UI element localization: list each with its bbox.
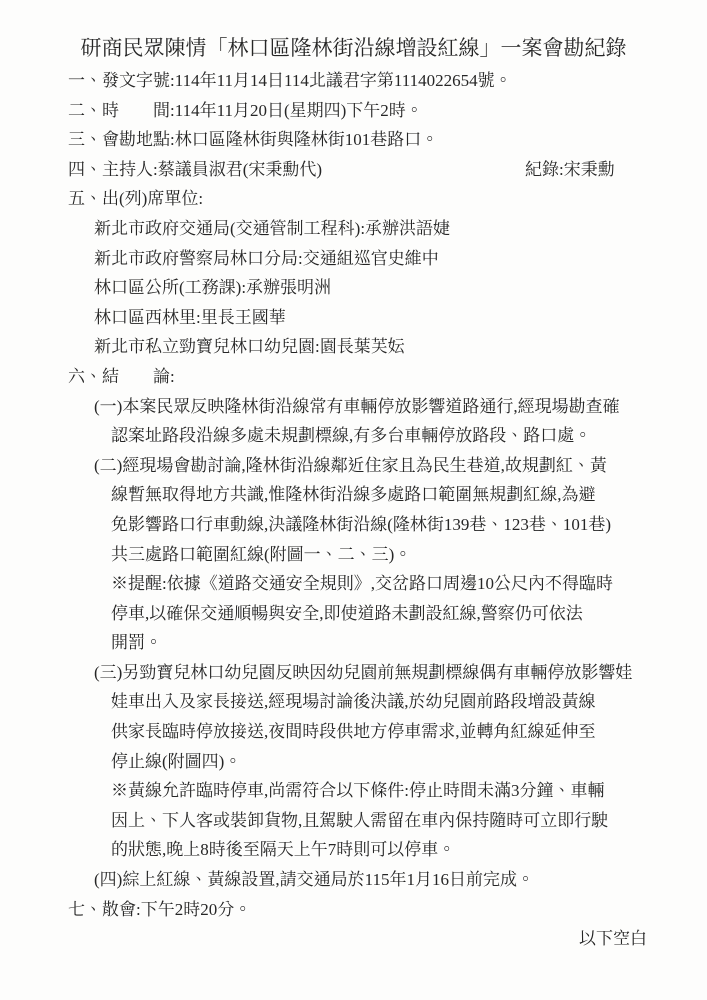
line-text: 娃車出入及家長接送,經現場討論後決議,於幼兒園前路段增設黃線	[111, 692, 596, 711]
document-line: 停車,以確保交通順暢與安全,即使道路未劃設紅線,警察仍可依法	[0, 599, 707, 629]
document-line: 新北市政府交通局(交通管制工程科):承辦洪語婕	[0, 214, 707, 244]
document-line: 二、時 間:114年11月20日(星期四)下午2時。	[0, 96, 707, 126]
document-line: 線暫無取得地方共識,惟隆林街沿線多處路口範圍無規劃紅線,為避	[0, 480, 707, 510]
line-text: 認案址路段沿線多處未規劃標線,有多台車輛停放路段、路口處。	[111, 426, 591, 445]
line-text: 四、主持人:蔡議員淑君(宋秉勳代)	[68, 160, 322, 179]
line-text: 七、散會:下午2時20分。	[68, 900, 251, 919]
document-line: 四、主持人:蔡議員淑君(宋秉勳代)紀錄:宋秉勳	[0, 155, 707, 185]
line-text: 供家長臨時停放接送,夜間時段供地方停車需求,並轉角紅線延伸至	[111, 722, 596, 741]
document-line: (一)本案民眾反映隆林街沿線常有車輛停放影響道路通行,經現場勘查確	[0, 392, 707, 422]
line-text: 新北市政府警察局林口分局:交通組巡官史維中	[94, 249, 439, 268]
document-line: 五、出(列)席單位:	[0, 184, 707, 214]
line-text: ※提醒:依據《道路交通安全規則》,交岔路口周邊10公尺內不得臨時	[111, 574, 613, 593]
document-line: 因上、下人客或裝卸貨物,且駕駛人需留在車內保持隨時可立即行駛	[0, 806, 707, 836]
line-text: 以下空白	[579, 929, 647, 948]
line-text: 免影響路口行車動線,決議隆林街沿線(隆林街139巷、123巷、101巷)	[111, 515, 611, 534]
line-text: 五、出(列)席單位:	[68, 189, 203, 208]
document-line: 以下空白	[0, 924, 707, 954]
document-line: 林口區西林里:里長王國華	[0, 303, 707, 333]
document-line: 娃車出入及家長接送,經現場討論後決議,於幼兒園前路段增設黃線	[0, 687, 707, 717]
line-text: 停止線(附圖四)。	[111, 752, 241, 771]
document-line: 林口區公所(工務課):承辦張明洲	[0, 273, 707, 303]
document-page: 研商民眾陳情「林口區隆林街沿線增設紅線」一案會勘紀錄 一、發文字號:114年11…	[0, 0, 707, 1000]
document-line: 的狀態,晚上8時後至隔天上午7時則可以停車。	[0, 835, 707, 865]
document-line: 停止線(附圖四)。	[0, 747, 707, 777]
document-line: 開罰。	[0, 628, 707, 658]
line-text: 停車,以確保交通順暢與安全,即使道路未劃設紅線,警察仍可依法	[111, 604, 583, 623]
line-text: 的狀態,晚上8時後至隔天上午7時則可以停車。	[111, 840, 455, 859]
document-lines: 一、發文字號:114年11月14日114北議君字第1114022654號。二、時…	[0, 66, 707, 954]
document-line: (二)經現場會勘討論,隆林街沿線鄰近住家且為民生巷道,故規劃紅、黃	[0, 451, 707, 481]
document-line: 新北市政府警察局林口分局:交通組巡官史維中	[0, 244, 707, 274]
document-line: 一、發文字號:114年11月14日114北議君字第1114022654號。	[0, 66, 707, 96]
line-text: (二)經現場會勘討論,隆林街沿線鄰近住家且為民生巷道,故規劃紅、黃	[94, 456, 607, 475]
document-line: ※黃線允許臨時停車,尚需符合以下條件:停止時間未滿3分鐘、車輛	[0, 776, 707, 806]
line-text: 新北市政府交通局(交通管制工程科):承辦洪語婕	[94, 219, 450, 238]
line-text: 開罰。	[111, 633, 162, 652]
document-line: 認案址路段沿線多處未規劃標線,有多台車輛停放路段、路口處。	[0, 421, 707, 451]
document-line: 共三處路口範圍紅線(附圖一、二、三)。	[0, 540, 707, 570]
line-text: 三、會勘地點:林口區隆林街與隆林街101巷路口。	[68, 130, 438, 149]
line-text: (三)另勁寶兒林口幼兒園反映因幼兒園前無規劃標線偶有車輛停放影響娃	[94, 663, 632, 682]
document-line: 免影響路口行車動線,決議隆林街沿線(隆林街139巷、123巷、101巷)	[0, 510, 707, 540]
document-line: 七、散會:下午2時20分。	[0, 895, 707, 925]
line-text: 因上、下人客或裝卸貨物,且駕駛人需留在車內保持隨時可立即行駛	[111, 811, 608, 830]
document-line: 六、結 論:	[0, 362, 707, 392]
document-title: 研商民眾陳情「林口區隆林街沿線增設紅線」一案會勘紀錄	[0, 33, 707, 63]
line-text: 線暫無取得地方共識,惟隆林街沿線多處路口範圍無規劃紅線,為避	[111, 485, 596, 504]
line-text: 林口區公所(工務課):承辦張明洲	[94, 278, 331, 297]
document-line: (三)另勁寶兒林口幼兒園反映因幼兒園前無規劃標線偶有車輛停放影響娃	[0, 658, 707, 688]
line-text: (四)綜上紅線、黃線設置,請交通局於115年1月16日前完成。	[94, 870, 534, 889]
line-text: (一)本案民眾反映隆林街沿線常有車輛停放影響道路通行,經現場勘查確	[94, 397, 620, 416]
line-text: 一、發文字號:114年11月14日114北議君字第1114022654號。	[68, 71, 512, 90]
line-text: 新北市私立勁寶兒林口幼兒園:園長葉芙妘	[94, 337, 405, 356]
document-line: 供家長臨時停放接送,夜間時段供地方停車需求,並轉角紅線延伸至	[0, 717, 707, 747]
recorder-label: 紀錄:宋秉勳	[525, 155, 615, 185]
line-text: 六、結 論:	[68, 367, 175, 386]
document-line: 新北市私立勁寶兒林口幼兒園:園長葉芙妘	[0, 332, 707, 362]
line-text: 共三處路口範圍紅線(附圖一、二、三)。	[111, 545, 411, 564]
line-text: ※黃線允許臨時停車,尚需符合以下條件:停止時間未滿3分鐘、車輛	[111, 781, 604, 800]
line-text: 二、時 間:114年11月20日(星期四)下午2時。	[68, 101, 423, 120]
document-line: 三、會勘地點:林口區隆林街與隆林街101巷路口。	[0, 125, 707, 155]
document-line: (四)綜上紅線、黃線設置,請交通局於115年1月16日前完成。	[0, 865, 707, 895]
line-text: 林口區西林里:里長王國華	[94, 308, 286, 327]
document-line: ※提醒:依據《道路交通安全規則》,交岔路口周邊10公尺內不得臨時	[0, 569, 707, 599]
